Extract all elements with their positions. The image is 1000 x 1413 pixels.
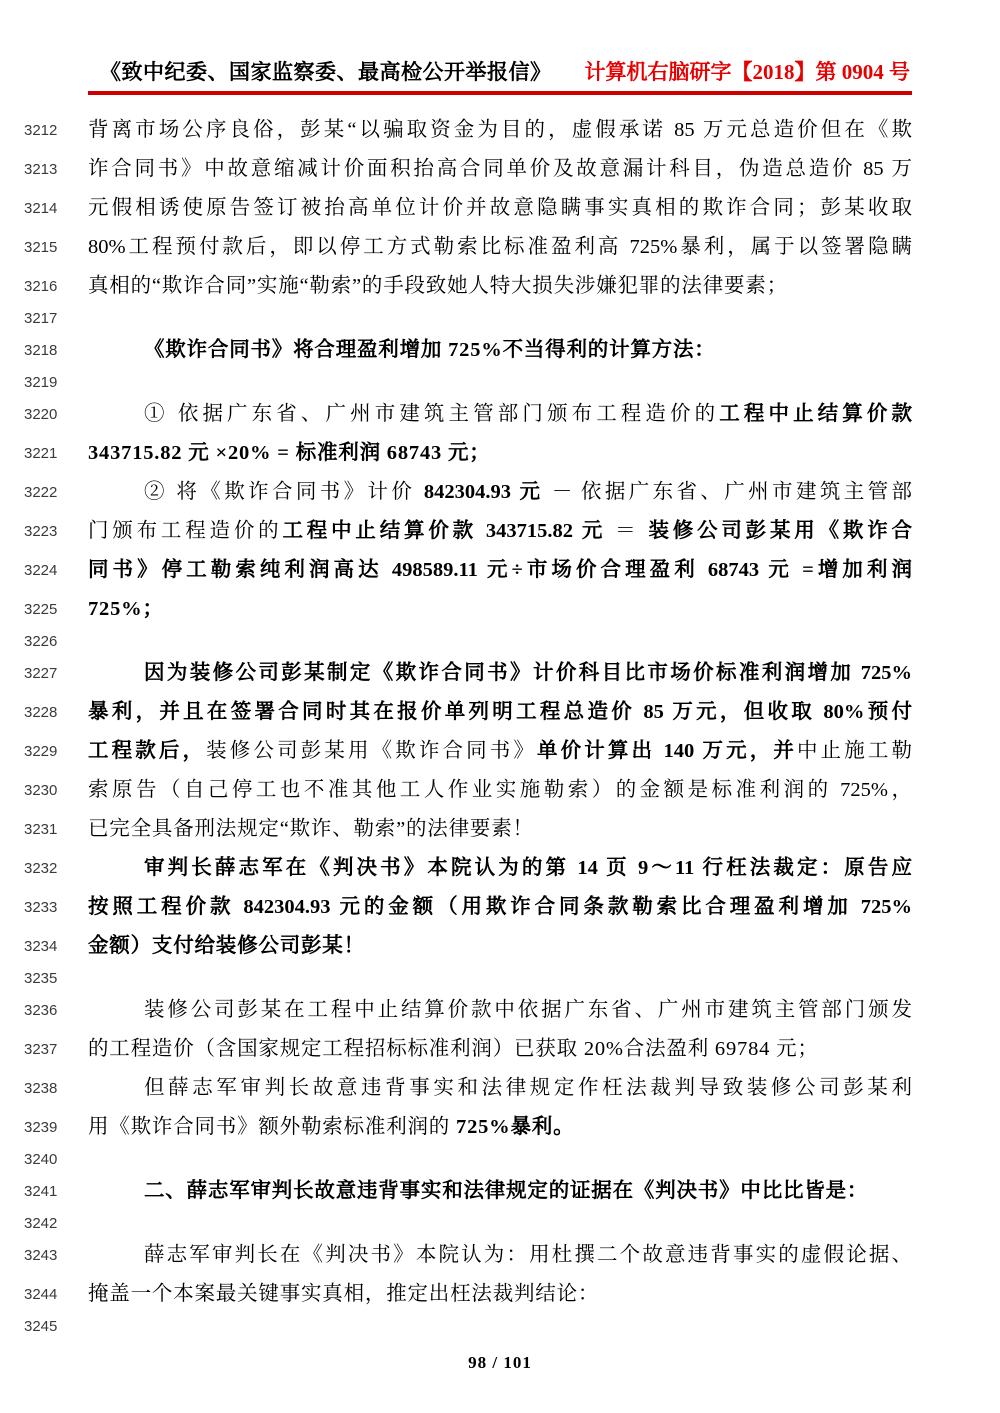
document-line: 3237的工程造价（含国家规定工程招标标准利润）已获取 20%合法盈利 6978… bbox=[88, 1030, 912, 1069]
line-text: 真相的“欺诈合同”实施“勒索”的手段致她人特大损失涉嫌犯罪的法律要素； bbox=[88, 267, 912, 306]
line-number: 3215 bbox=[24, 228, 70, 267]
line-number: 3231 bbox=[24, 810, 70, 849]
line-number: 3224 bbox=[24, 551, 70, 590]
document-line: 3234金额）支付给装修公司彭某！ bbox=[88, 927, 912, 966]
line-text: 二、薛志军审判长故意违背事实和法律规定的证据在《判决书》中比比皆是： bbox=[88, 1172, 912, 1211]
line-text: 工程款后，装修公司彭某用《欺诈合同书》单价计算出 140 万元，并中止施工勒 bbox=[88, 732, 912, 771]
document-line: 3225725%； bbox=[88, 590, 912, 629]
line-number: 3222 bbox=[24, 473, 70, 512]
line-number: 3232 bbox=[24, 849, 70, 888]
document-line: 3238但薛志军审判长故意违背事实和法律规定作枉法裁判导致装修公司彭某利 bbox=[88, 1069, 912, 1108]
line-number: 3239 bbox=[24, 1108, 70, 1147]
line-text: 诈合同书》中故意缩减计价面积抬高合同单价及故意漏计科目，伪造总造价 85 万 bbox=[88, 150, 912, 189]
line-number: 3220 bbox=[24, 395, 70, 434]
line-text: 索原告（自己停工也不准其他工人作业实施勒索）的金额是标准利润的 725%， bbox=[88, 771, 912, 810]
document-line: 3224同书》停工勒索纯利润高达 498589.11 元÷市场价合理盈利 687… bbox=[88, 551, 912, 590]
document-line: 3212背离市场公序良俗，彭某“以骗取资金为目的，虚假承诺 85 万元总造价但在… bbox=[88, 111, 912, 150]
line-number: 3243 bbox=[24, 1236, 70, 1275]
line-text: 725%； bbox=[88, 590, 912, 629]
line-text: 同书》停工勒索纯利润高达 498589.11 元÷市场价合理盈利 68743 元… bbox=[88, 551, 912, 590]
document-line: 3229工程款后，装修公司彭某用《欺诈合同书》单价计算出 140 万元，并中止施… bbox=[88, 732, 912, 771]
document-line: 3221343715.82 元 ×20% = 标准利润 68743 元； bbox=[88, 434, 912, 473]
line-number: 3212 bbox=[24, 111, 70, 150]
document-line: 3217 bbox=[88, 306, 912, 331]
line-number: 3226 bbox=[24, 629, 70, 654]
line-text: 门颁布工程造价的工程中止结算价款 343715.82 元 ＝ 装修公司彭某用《欺… bbox=[88, 512, 912, 551]
line-number: 3233 bbox=[24, 888, 70, 927]
document-line: 3223门颁布工程造价的工程中止结算价款 343715.82 元 ＝ 装修公司彭… bbox=[88, 512, 912, 551]
line-text: 掩盖一个本案最关键事实真相，推定出枉法裁判结论： bbox=[88, 1275, 912, 1314]
document-title: 《致中纪委、国家监察委、最高检公开举报信》 bbox=[100, 56, 552, 86]
line-number: 3245 bbox=[24, 1314, 70, 1339]
document-line: 3236装修公司彭某在工程中止结算价款中依据广东省、广州市建筑主管部门颁发 bbox=[88, 991, 912, 1030]
document-line: 3244掩盖一个本案最关键事实真相，推定出枉法裁判结论： bbox=[88, 1275, 912, 1314]
line-text: 元假相诱使原告签订被抬高单位计价并故意隐瞒事实真相的欺诈合同；彭某收取 bbox=[88, 189, 912, 228]
line-text: 的工程造价（含国家规定工程招标标准利润）已获取 20%合法盈利 69784 元； bbox=[88, 1030, 912, 1069]
document-line: 3239用《欺诈合同书》额外勒索标准利润的 725%暴利。 bbox=[88, 1108, 912, 1147]
document-line: 3231已完全具备刑法规定“欺诈、勒索”的法律要素！ bbox=[88, 810, 912, 849]
page-number-indicator: 98 / 101 bbox=[88, 1353, 912, 1373]
line-number: 3227 bbox=[24, 654, 70, 693]
line-number: 3235 bbox=[24, 966, 70, 991]
document-line: 3233按照工程价款 842304.93 元的金额（用欺诈合同条款勒索比合理盈利… bbox=[88, 888, 912, 927]
line-number: 3225 bbox=[24, 590, 70, 629]
document-line: 3240 bbox=[88, 1147, 912, 1172]
line-number: 3217 bbox=[24, 306, 70, 331]
document-line: 3243薛志军审判长在《判决书》本院认为：用杜撰二个故意违背事实的虚假论据、 bbox=[88, 1236, 912, 1275]
document-line: 3235 bbox=[88, 966, 912, 991]
line-number: 3228 bbox=[24, 693, 70, 732]
line-number: 3234 bbox=[24, 927, 70, 966]
page-header: 《致中纪委、国家监察委、最高检公开举报信》 计算机右脑研字【2018】第 090… bbox=[88, 56, 912, 95]
line-text: 《欺诈合同书》将合理盈利增加 725%不当得利的计算方法： bbox=[88, 331, 912, 370]
line-number: 3223 bbox=[24, 512, 70, 551]
line-text: 薛志军审判长在《判决书》本院认为：用杜撰二个故意违背事实的虚假论据、 bbox=[88, 1236, 912, 1275]
line-number: 3238 bbox=[24, 1069, 70, 1108]
document-line: 3219 bbox=[88, 370, 912, 395]
line-number: 3237 bbox=[24, 1030, 70, 1069]
line-text: 背离市场公序良俗，彭某“以骗取资金为目的，虚假承诺 85 万元总造价但在《欺 bbox=[88, 111, 912, 150]
document-line: 3216真相的“欺诈合同”实施“勒索”的手段致她人特大损失涉嫌犯罪的法律要素； bbox=[88, 267, 912, 306]
line-number: 3216 bbox=[24, 267, 70, 306]
document-line: 3213诈合同书》中故意缩减计价面积抬高合同单价及故意漏计科目，伪造总造价 85… bbox=[88, 150, 912, 189]
document-line: 3230索原告（自己停工也不准其他工人作业实施勒索）的金额是标准利润的 725%… bbox=[88, 771, 912, 810]
line-number: 3221 bbox=[24, 434, 70, 473]
document-line: 3220① 依据广东省、广州市建筑主管部门颁布工程造价的工程中止结算价款 bbox=[88, 395, 912, 434]
line-number: 3230 bbox=[24, 771, 70, 810]
line-text: 暴利，并且在签署合同时其在报价单列明工程总造价 85 万元，但收取 80%预付 bbox=[88, 693, 912, 732]
line-text: 因为装修公司彭某制定《欺诈合同书》计价科目比市场价标准利润增加 725% bbox=[88, 654, 912, 693]
document-line: 321580%工程预付款后，即以停工方式勒索比标准盈利高 725%暴利，属于以签… bbox=[88, 228, 912, 267]
line-number: 3219 bbox=[24, 370, 70, 395]
document-line: 3232审判长薛志军在《判决书》本院认为的第 14 页 9～11 行枉法裁定：原… bbox=[88, 849, 912, 888]
line-text: 343715.82 元 ×20% = 标准利润 68743 元； bbox=[88, 434, 912, 473]
line-number: 3241 bbox=[24, 1172, 70, 1211]
line-number: 3229 bbox=[24, 732, 70, 771]
line-text: 已完全具备刑法规定“欺诈、勒索”的法律要素！ bbox=[88, 810, 912, 849]
line-text: 但薛志军审判长故意违背事实和法律规定作枉法裁判导致装修公司彭某利 bbox=[88, 1069, 912, 1108]
line-text: 装修公司彭某在工程中止结算价款中依据广东省、广州市建筑主管部门颁发 bbox=[88, 991, 912, 1030]
line-number: 3244 bbox=[24, 1275, 70, 1314]
line-text: 80%工程预付款后，即以停工方式勒索比标准盈利高 725%暴利，属于以签署隐瞒 bbox=[88, 228, 912, 267]
line-text: 按照工程价款 842304.93 元的金额（用欺诈合同条款勒索比合理盈利增加 7… bbox=[88, 888, 912, 927]
line-text: 审判长薛志军在《判决书》本院认为的第 14 页 9～11 行枉法裁定：原告应 bbox=[88, 849, 912, 888]
document-line: 3242 bbox=[88, 1211, 912, 1236]
document-lines: 3212背离市场公序良俗，彭某“以骗取资金为目的，虚假承诺 85 万元总造价但在… bbox=[88, 111, 912, 1339]
document-line: 3218《欺诈合同书》将合理盈利增加 725%不当得利的计算方法： bbox=[88, 331, 912, 370]
line-text: ① 依据广东省、广州市建筑主管部门颁布工程造价的工程中止结算价款 bbox=[88, 395, 912, 434]
line-text: 用《欺诈合同书》额外勒索标准利润的 725%暴利。 bbox=[88, 1108, 912, 1147]
document-number: 计算机右脑研字【2018】第 0904 号 bbox=[585, 56, 911, 86]
line-text: 金额）支付给装修公司彭某！ bbox=[88, 927, 912, 966]
document-line: 3214元假相诱使原告签订被抬高单位计价并故意隐瞒事实真相的欺诈合同；彭某收取 bbox=[88, 189, 912, 228]
document-page: 《致中纪委、国家监察委、最高检公开举报信》 计算机右脑研字【2018】第 090… bbox=[0, 0, 1000, 1413]
document-line: 3222② 将《欺诈合同书》计价 842304.93 元 － 依据广东省、广州市… bbox=[88, 473, 912, 512]
line-text: ② 将《欺诈合同书》计价 842304.93 元 － 依据广东省、广州市建筑主管… bbox=[88, 473, 912, 512]
document-line: 3227因为装修公司彭某制定《欺诈合同书》计价科目比市场价标准利润增加 725% bbox=[88, 654, 912, 693]
line-number: 3236 bbox=[24, 991, 70, 1030]
line-number: 3214 bbox=[24, 189, 70, 228]
line-number: 3242 bbox=[24, 1211, 70, 1236]
document-line: 3245 bbox=[88, 1314, 912, 1339]
document-line: 3241二、薛志军审判长故意违背事实和法律规定的证据在《判决书》中比比皆是： bbox=[88, 1172, 912, 1211]
line-number: 3240 bbox=[24, 1147, 70, 1172]
line-number: 3218 bbox=[24, 331, 70, 370]
line-number: 3213 bbox=[24, 150, 70, 189]
document-line: 3226 bbox=[88, 629, 912, 654]
document-line: 3228暴利，并且在签署合同时其在报价单列明工程总造价 85 万元，但收取 80… bbox=[88, 693, 912, 732]
